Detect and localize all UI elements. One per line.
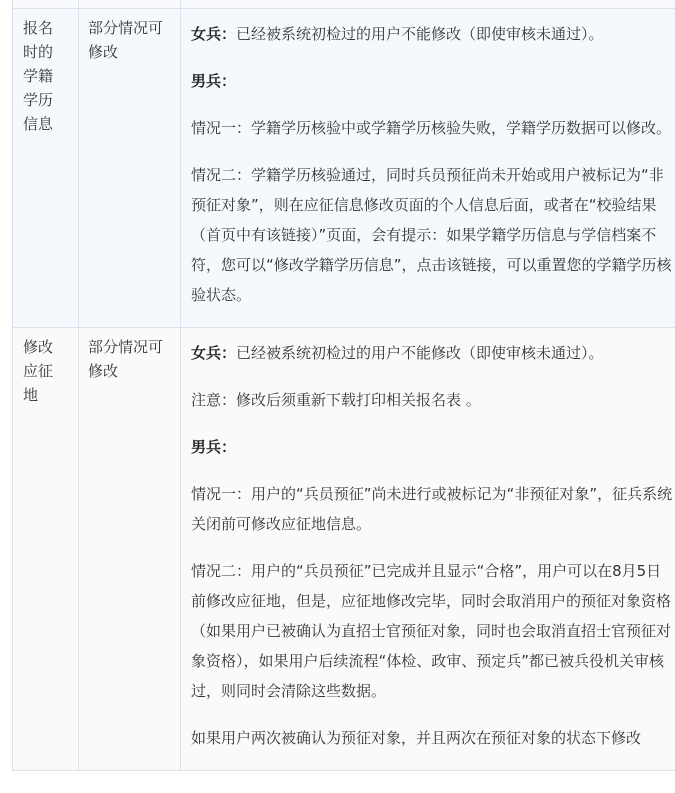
female-rule: 女兵：已经被系统初检过的用户不能修改（即使审核未通过）。	[191, 338, 675, 368]
table-row-previous-partial	[13, 0, 675, 9]
description-cell: 女兵：已经被系统初检过的用户不能修改（即使审核未通过）。 注意：修改后须重新下载…	[181, 328, 675, 771]
case-two-paragraph: 情况二：学籍学历核验通过，同时兵员预征尚未开始或用户被标记为“非预征对象”，则在…	[191, 160, 675, 310]
item-label-line: 地	[23, 383, 53, 407]
case-one-paragraph: 情况一：用户的“兵员预征”尚未进行或被标记为“非预征对象”，征兵系统关闭前可修改…	[191, 479, 675, 539]
status-cell: 部分情况可 修改	[79, 328, 181, 771]
item-cell: 报名 时的 学籍 学历 信息	[13, 9, 79, 328]
status-line: 部分情况可	[88, 335, 172, 359]
description-cell: 女兵：已经被系统初检过的用户不能修改（即使审核未通过）。 男兵： 情况一：学籍学…	[181, 9, 675, 328]
note-paragraph: 注意：修改后须重新下载打印相关报名表 。	[191, 385, 675, 415]
female-rule: 女兵：已经被系统初检过的用户不能修改（即使审核未通过）。	[191, 19, 675, 49]
item-label-line: 修改	[23, 335, 53, 359]
male-label-paragraph: 男兵：	[191, 432, 675, 462]
male-label: 男兵：	[191, 72, 236, 90]
female-text: 已经被系统初检过的用户不能修改（即使审核未通过）。	[236, 344, 604, 362]
female-text: 已经被系统初检过的用户不能修改（即使审核未通过）。	[236, 25, 604, 43]
item-label-line: 报名	[23, 16, 53, 40]
status-line: 修改	[88, 359, 172, 383]
male-label-paragraph: 男兵：	[191, 66, 675, 96]
modification-rules-table: 报名 时的 学籍 学历 信息 部分情况可 修改 女兵：已经被系统初检过的用户不能…	[12, 0, 675, 771]
page: 报名 时的 学籍 学历 信息 部分情况可 修改 女兵：已经被系统初检过的用户不能…	[0, 0, 675, 793]
female-label: 女兵：	[191, 25, 236, 43]
status-line: 部分情况可	[88, 16, 172, 40]
additional-paragraph: 如果用户两次被确认为预征对象，并且两次在预征对象的状态下修改	[191, 723, 675, 753]
status-cell: 部分情况可 修改	[79, 9, 181, 328]
male-label: 男兵：	[191, 438, 236, 456]
case-two-paragraph: 情况二：用户的“兵员预征”已完成并且显示“合格”，用户可以在8月5日前修改应征地…	[191, 556, 675, 706]
item-label-line: 信息	[23, 112, 53, 136]
item-label-line: 学历	[23, 88, 53, 112]
case-one-paragraph: 情况一：学籍学历核验中或学籍学历核验失败，学籍学历数据可以修改。	[191, 113, 675, 143]
female-label: 女兵：	[191, 344, 236, 362]
item-label-line: 学籍	[23, 64, 53, 88]
item-label-line: 时的	[23, 40, 53, 64]
table-row: 修改 应征 地 部分情况可 修改 女兵：已经被系统初检过的用户不能修改（即使审核…	[13, 328, 675, 771]
table-row: 报名 时的 学籍 学历 信息 部分情况可 修改 女兵：已经被系统初检过的用户不能…	[13, 9, 675, 328]
item-cell: 修改 应征 地	[13, 328, 79, 771]
status-line: 修改	[88, 40, 172, 64]
item-label-line: 应征	[23, 359, 53, 383]
